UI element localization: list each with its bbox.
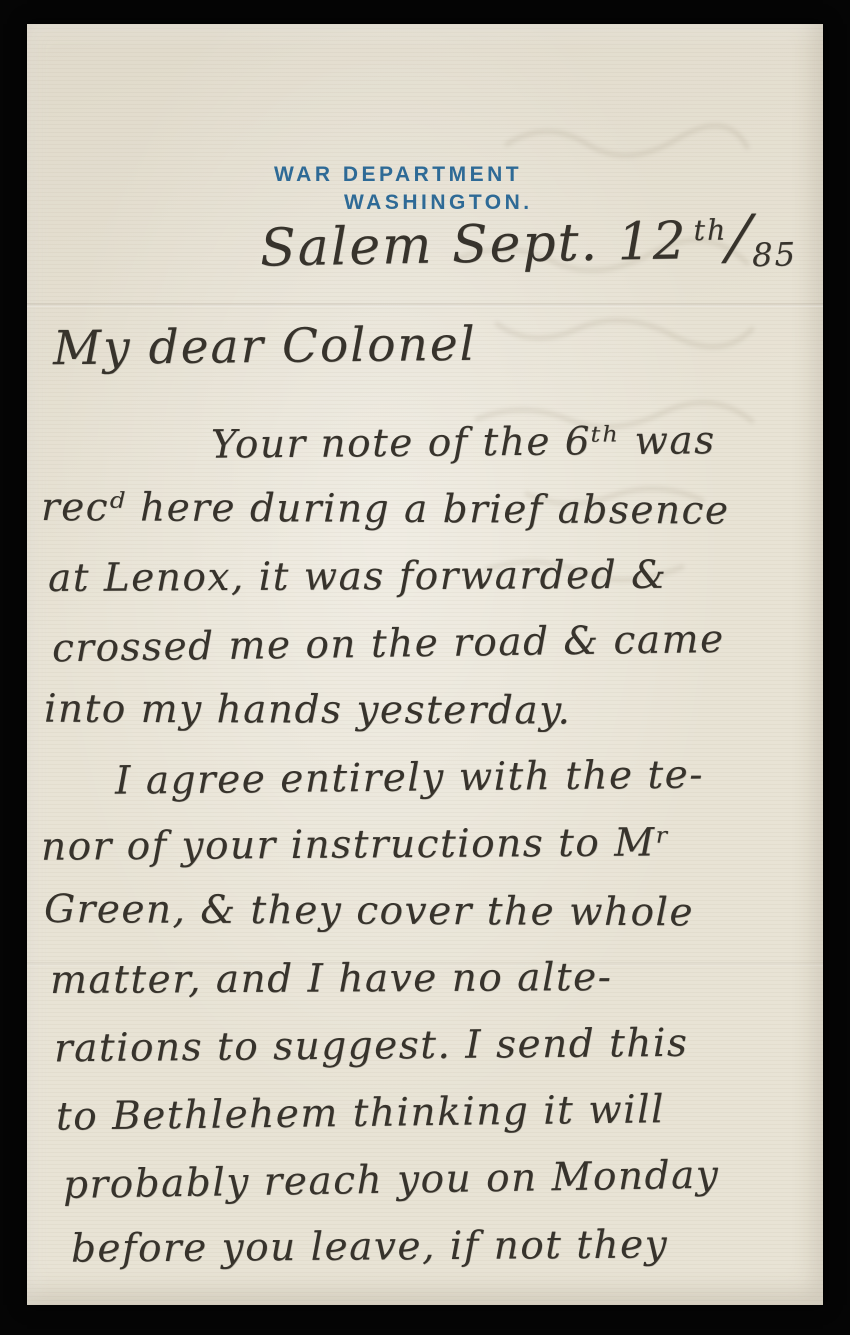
handwritten-line: before you leave, if not they bbox=[71, 1210, 817, 1282]
handwritten-line: Green, & they cover the whole bbox=[44, 876, 817, 947]
handwritten-line: Your note of the 6ᵗʰ was bbox=[211, 406, 818, 478]
fold-crease bbox=[27, 303, 823, 307]
handwritten-line: at Lenox, it was forwarded & bbox=[48, 541, 817, 612]
handwritten-line: probably reach you on Monday bbox=[63, 1140, 818, 1219]
handwritten-line: I agree entirely with the te- bbox=[115, 740, 818, 814]
handwritten-line: nor of your instructions to Mʳ bbox=[41, 808, 817, 880]
handwritten-line: into my hands yesterday. bbox=[44, 676, 817, 746]
handwritten-line: matter, and I have no alte- bbox=[50, 943, 817, 1014]
date-main: Salem Sept. 12 bbox=[260, 211, 689, 278]
date-year: 85 bbox=[752, 235, 798, 274]
handwritten-line: to Bethlehem thinking it will bbox=[56, 1074, 818, 1150]
handwritten-line: crossed me on the road & came bbox=[52, 605, 818, 683]
salutation: My dear Colonel bbox=[53, 317, 477, 376]
handwritten-line: recᵈ here during a brief absence bbox=[41, 474, 817, 545]
letter-page: WAR DEPARTMENT WASHINGTON. Salem Sept. 1… bbox=[27, 24, 823, 1305]
date-day-suffix: th bbox=[693, 213, 727, 248]
letter-body: Your note of the 6ᵗʰ was recᵈ here durin… bbox=[41, 409, 817, 1280]
handwritten-line: rations to suggest. I send this bbox=[54, 1009, 818, 1083]
letterhead-line1: WAR DEPARTMENT bbox=[274, 163, 522, 187]
photo-background: WAR DEPARTMENT WASHINGTON. Salem Sept. 1… bbox=[0, 0, 850, 1335]
date-line: Salem Sept. 12th/85 bbox=[259, 201, 797, 282]
